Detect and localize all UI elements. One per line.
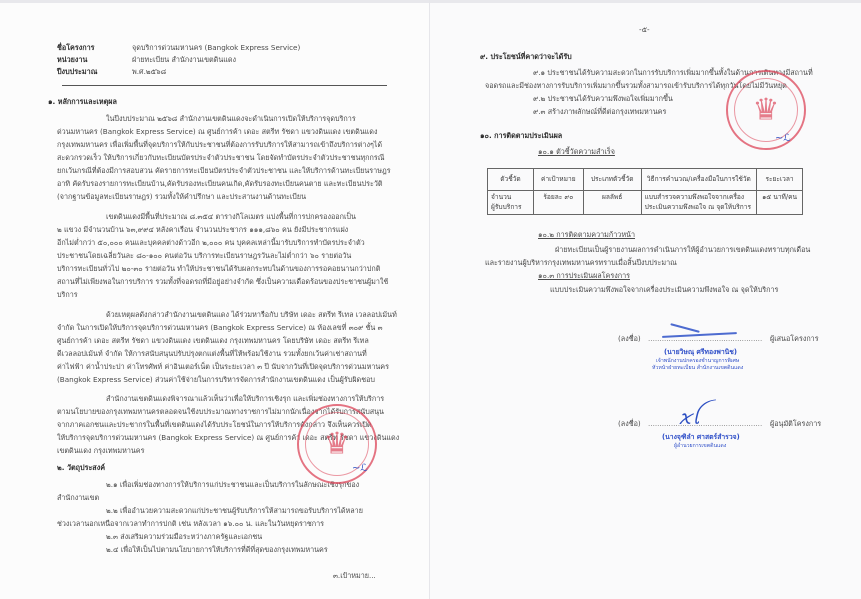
page-edge (0, 0, 429, 3)
cell-text: จำนวน (491, 193, 530, 203)
col-header-method: วิธีการคำนวณ/เครื่องมือในการใช้วัด (641, 169, 757, 191)
text-line: ยกเว้นกรณีที่ต้องมีการสอบสวน คัดรายการทะ… (57, 166, 391, 177)
document-page-left: ชื่อโครงการ จุดบริการด่วนมหานคร (Bangkok… (0, 0, 430, 599)
table-row: จำนวน ผู้รับบริการ ร้อยละ ๙๐ ผลลัพธ์ แบบ… (488, 191, 803, 215)
text-line: อีกไม่ต่ำกว่า ๕๐,๐๐๐ คนและบุคคลต่างด้าวอ… (57, 238, 365, 249)
progress-tracking-text-cont: และรายงานผู้บริหารกรุงเทพมหานครทราบเมื่อ… (485, 258, 677, 269)
cell-indicator: จำนวน ผู้รับบริการ (488, 191, 534, 215)
subsection-10-3-title: ๑๐.๓ การประเมินผลโครงการ (538, 271, 630, 282)
text-line: เขตดินแดงมีพื้นที่ประมาณ ๘.๓๕๔ ตารางกิโล… (106, 212, 356, 223)
cell-text: ผู้รับบริการ (491, 203, 530, 213)
cell-target: ร้อยละ ๙๐ (533, 191, 583, 215)
text-line: กรุงเทพมหานคร เพื่อเพิ่มพื้นที่จุดบริการ… (57, 140, 382, 151)
cell-text: ประเมินความพึงพอใจ ณ จุดให้บริการ (645, 203, 754, 213)
col-header-target: ค่าเป้าหมาย (533, 169, 583, 191)
budget-value: พ.ศ.๒๕๖๘ (132, 67, 166, 78)
text-line: สะดวกรวดเร็ว ให้บริการเกี่ยวกับทะเบียนบั… (57, 153, 384, 164)
text-line: (จากฐานข้อมูลทะเบียนราษฎร) รวมทั้งให้คำป… (57, 192, 306, 203)
text-line: อาทิ คัดรับรองรายการทะเบียนบ้าน,คัดรับรอ… (57, 179, 383, 190)
initial-signature: ~ℒ (775, 133, 791, 144)
text-line: (Bangkok Express Service) ส่วนค่าใช้จ่าย… (57, 375, 375, 386)
proposer-name: (นายวิษณุ ศรีทองพานิช) (664, 347, 737, 358)
proposer-sign-prefix: (ลงชื่อ) (618, 334, 641, 345)
project-label: ชื่อโครงการ (57, 43, 94, 54)
text-line: สำนักงานเขตดินแดงพิจารณาแล้วเห็นว่าเพื่อ… (106, 394, 384, 405)
proposer-role: ผู้เสนอโครงการ (770, 334, 819, 345)
text-line: ด่วนมหานคร (Bangkok Express Service) ณ ศ… (57, 127, 377, 138)
unit-label: หน่วยงาน (57, 55, 87, 66)
unit-value: ฝ่ายทะเบียน สำนักงานเขตดินแดง (132, 55, 236, 66)
cell-text: แบบสำรวจความพึงพอใจจากเครื่อง (645, 193, 754, 203)
continuation-text: ๓.เป้าหมาย... (333, 571, 376, 582)
objective-2-cont: ช่วงเวลานอกเหนือจากเวลาทำการปกติ เช่น หล… (57, 519, 324, 530)
text-line: บริการทะเบียนทั่วไป ๒๐-๓๐ รายต่อวัน ทำให… (57, 264, 380, 275)
text-line: ค่าไฟฟ้า ค่าน้ำประปา ค่าโทรศัพท์ ค่าอินเ… (57, 362, 389, 373)
benefit-3: ๙.๓ สร้างภาพลักษณ์ที่ดีต่อกรุงเทพมหานคร (533, 107, 666, 118)
objective-1-cont: สำนักงานเขต (57, 493, 99, 504)
cell-method: แบบสำรวจความพึงพอใจจากเครื่อง ประเมินควา… (641, 191, 757, 215)
subsection-10-2-title: ๑๐.๒ การติดตามความก้าวหน้า (538, 230, 635, 241)
text-line: เขตดินแดง กรุงเทพมหานคร (57, 446, 144, 457)
approver-role: ผู้อนุมัติโครงการ (770, 419, 821, 430)
page-number: -๕- (639, 25, 650, 36)
proposer-title-2: หัวหน้าฝ่ายทะเบียน สำนักงานเขตดินแดง (652, 365, 743, 372)
official-seal-stamp: ♛ (726, 70, 806, 150)
proposer-signature-stroke (670, 323, 699, 333)
text-line: ในปีงบประมาณ ๒๕๖๘ สำนักงานเขตดินแดงจะดำเ… (106, 114, 356, 125)
document-page-right: -๕- ๙. ประโยชน์ที่คาดว่าจะได้รับ ๙.๑ ประ… (430, 0, 861, 599)
section1-title: ๑. หลักการและเหตุผล (48, 97, 117, 108)
approver-name: (นางจุฑิลำ ศาสตร์สำรวจ) (662, 432, 740, 443)
objective-3: ๒.๓ ส่งเสริมความร่วมมือระหว่างภาครัฐและเ… (106, 532, 262, 543)
cell-type: ผลลัพธ์ (583, 191, 641, 215)
garuda-emblem-icon: ♛ (324, 427, 351, 462)
objective-1: ๒.๑ เพื่อเพิ่มช่องทางการให้บริการแก่ประช… (106, 480, 359, 491)
table-header-row: ตัวชี้วัด ค่าเป้าหมาย ประเภทตัวชี้วัด วิ… (488, 169, 803, 191)
kpi-table: ตัวชี้วัด ค่าเป้าหมาย ประเภทตัวชี้วัด วิ… (487, 168, 803, 215)
text-line: จำกัด ในการเปิดให้บริการจุดบริการด่วนมหา… (57, 323, 383, 334)
project-value: จุดบริการด่วนมหานคร (Bangkok Express Ser… (132, 43, 300, 54)
col-header-duration: ระยะเวลา (757, 169, 803, 191)
objective-4: ๒.๔ เพื่อให้เป็นไปตามนโยบายการให้บริการท… (106, 545, 328, 556)
progress-tracking-text: ฝ่ายทะเบียนเป็นผู้รายงานผลการดำเนินการให… (555, 245, 810, 256)
text-line: ประชาชนโดยเฉลี่ยวันละ ๘๐-๑๐๐ คนต่อวัน บร… (57, 251, 351, 262)
approver-sign-prefix: (ลงชื่อ) (618, 419, 641, 430)
approver-title: ผู้อำนวยการเขตดินแดง (674, 443, 726, 450)
approver-sign-line: ........................................… (648, 419, 762, 430)
col-header-indicator: ตัวชี้วัด (488, 169, 534, 191)
benefit-2: ๙.๒ ประชาชนได้รับความพึงพอใจเพิ่มมากขึ้น (533, 94, 673, 105)
section9-title: ๙. ประโยชน์ที่คาดว่าจะได้รับ (480, 52, 572, 63)
text-line: ศูนย์การค้า เดอะ สตรีท รัชดา แขวงดินแดง … (57, 336, 369, 347)
proposer-title-1: เจ้าพนักงานปกครองชำนาญการพิเศษ (656, 358, 739, 365)
initial-signature: ~ℒ (352, 463, 368, 474)
section2-title: ๒. วัตถุประสงค์ (57, 463, 105, 474)
objective-2: ๒.๒ เพื่ออำนวยความสะดวกแก่ประชาชนผู้รับบ… (106, 506, 363, 517)
proposer-sign-line: ........................................… (648, 334, 762, 345)
col-header-type: ประเภทตัวชี้วัด (583, 169, 641, 191)
text-line: ดีเวลลอปเม้นท์ จำกัด ให้การสนับสนุนปรับป… (57, 349, 367, 360)
budget-label: ปีงบประมาณ (57, 67, 97, 78)
section10-title: ๑๐. การติดตามประเมินผล (480, 131, 562, 142)
garuda-emblem-icon: ♛ (753, 93, 780, 128)
text-line: ด้วยเหตุผลดังกล่าวสำนักงานเขตดินแดง ได้ร… (106, 310, 397, 321)
header-divider (62, 85, 387, 86)
subsection-10-1-title: ๑๐.๑ ตัวชี้วัดความสำเร็จ (538, 147, 615, 158)
text-line: สถานที่ไม่เพียงพอในการบริการ รวมทั้งที่จ… (57, 277, 388, 288)
text-line: ๒ แขวง มีจำนวนบ้าน ๖๓,๙๙๔ หลังคาเรือน จำ… (57, 225, 348, 236)
page-edge (430, 0, 861, 3)
text-line: บริการ (57, 290, 78, 301)
evaluation-text: แบบประเมินความพึงพอใจจากเครื่องประเมินคว… (550, 285, 778, 296)
cell-duration: ๑๕ นาที/คน (757, 191, 803, 215)
